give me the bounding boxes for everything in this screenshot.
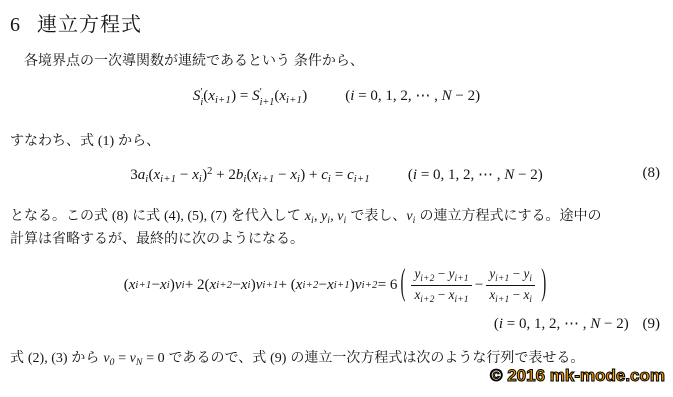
math-rm: + 2( [185, 277, 210, 294]
math-sub: i+1 [135, 280, 151, 291]
math-rm: − 2) [600, 316, 628, 332]
math-rm: = 0, 1, 2, ⋯ , [503, 316, 590, 332]
section-number: 6 [10, 14, 20, 36]
math-var: c [321, 167, 328, 183]
math-jp: の連立方程式にする。途中の [416, 207, 602, 223]
math-var: x [208, 88, 215, 104]
math-sub: i+2 [420, 293, 434, 303]
math-rm: − [510, 266, 524, 281]
math-rm: , [314, 209, 321, 224]
math-rm: − [319, 277, 327, 294]
math-var: S [252, 88, 260, 104]
math-var: x [129, 277, 136, 294]
math-var: x [160, 277, 167, 294]
paragraph-substitution-line2: 計算は省略するが、最終的に次のようになる。 [10, 228, 304, 248]
math-frac: yi+1 − yixi+1 − xi [486, 266, 535, 305]
paragraph-substitution-line1: となる。この式 (8) に式 (4), (5), (7) を代入して xi, y… [10, 205, 602, 226]
math-rm: − [475, 277, 483, 294]
math-rm: − 2) [514, 167, 542, 183]
copyright-watermark: © 2016 mk-mode.com [490, 366, 665, 386]
math-sub: i [529, 272, 532, 282]
document-page: 6連立方程式 各境界点の一次導関数が連続であるという 条件から、 S′i(xi+… [0, 0, 673, 397]
math-sub: i+1 [258, 174, 274, 185]
math-sub: i+1 [160, 174, 176, 185]
paragraph-matrix-conclusion: 式 (2), (3) から v0 = vN = 0 であるので、式 (9) の連… [10, 347, 584, 368]
equation-9-number: (9) [643, 316, 661, 332]
math-rm: ) = [231, 88, 252, 104]
math-rm: 3 [130, 167, 138, 183]
math-jp: すなわち、式 [10, 132, 98, 148]
math-jp: となる。この式 [10, 207, 112, 223]
math-rm: = 0 [143, 351, 165, 366]
math-var: N [504, 167, 514, 183]
math-sub: i+1 [215, 95, 231, 106]
math-sub: i+1 [262, 280, 278, 291]
math-jp: 計算は省略するが、最終的に次のようになる。 [10, 230, 304, 246]
math-rm: − [176, 167, 192, 183]
equation-8-number: (8) [643, 165, 661, 182]
math-sub: i+1 [455, 272, 469, 282]
math-supsub: ′i+1 [260, 88, 275, 108]
math-var: N [590, 316, 600, 332]
math-rm: = 0, 1, 2, ⋯ , [417, 167, 504, 183]
math-jp: に式 [128, 207, 164, 223]
section-heading: 6連立方程式 [10, 8, 142, 37]
math-sub: i+1 [354, 174, 370, 185]
equation-9-condition: (i = 0, 1, 2, ⋯ , N − 2) [494, 316, 629, 332]
math-rm: − [435, 266, 449, 281]
math-rm: − [510, 287, 524, 302]
math-rm: (9) [270, 351, 286, 366]
math-sub: i+2 [302, 280, 318, 291]
paragraph-namely: すなわち、式 (1) から、 [10, 130, 160, 150]
math-rm: − [274, 167, 290, 183]
math-sub: i+2 [362, 280, 378, 291]
math-jp: で表し、 [347, 207, 407, 223]
math-jp: から、 [114, 132, 160, 148]
math-sub: i+1 [455, 293, 469, 303]
math-bigp: ) [541, 264, 546, 306]
math-var: x [296, 277, 303, 294]
math-bigp: ( [400, 264, 405, 306]
math-rm: = [331, 167, 347, 183]
math-jp: を代入して [227, 207, 305, 223]
math-frac: yi+2 − yi+1xi+2 − xi+1 [411, 266, 471, 305]
math-sub: i [529, 293, 532, 303]
math-rm: − [232, 277, 240, 294]
math-rm: (1) [98, 134, 114, 149]
math-var: x [241, 277, 248, 294]
math-rm: − [435, 287, 449, 302]
math-rm: ) + [300, 167, 321, 183]
math-jp: であるので、式 [165, 349, 271, 365]
math-var: c [347, 167, 354, 183]
equation-derivative-continuity: S′i(xi+1) = S′i+1(xi+1)(i = 0, 1, 2, ⋯ ,… [0, 86, 673, 108]
math-jp: 各境界点の一次導関数が連続であるという 条件から、 [24, 52, 364, 68]
math-rm: = 0, 1, 2, ⋯ , [354, 88, 441, 104]
paragraph-boundary-condition: 各境界点の一次導関数が連続であるという 条件から、 [24, 50, 364, 70]
math-sub: i+1 [286, 95, 302, 106]
math-sub: N [136, 357, 143, 368]
math-sub: i+2 [420, 272, 434, 282]
math-jp: の連立一次方程式は次のような行列で表せる。 [286, 349, 584, 365]
math-sub: i+1 [334, 280, 350, 291]
math-rm: + ( [279, 277, 296, 294]
math-sub: i+1 [495, 293, 509, 303]
math-rm: = [115, 351, 130, 366]
math-var: v [355, 277, 362, 294]
math-rm: ) [302, 88, 307, 104]
math-rm: (8) [112, 209, 128, 224]
math-jp: から [68, 349, 104, 365]
math-var: S [193, 88, 201, 104]
equation-9-main: (xi+1 − xi)vi + 2(xi+2 − xi)vi+1 + (xi+2… [0, 256, 673, 314]
math-var: v [175, 277, 182, 294]
math-var: x [327, 277, 334, 294]
math-var: N [442, 88, 452, 104]
math-var: x [192, 167, 199, 183]
math-rm: (4), (5), (7) [164, 209, 227, 224]
math-jp: 式 [10, 349, 28, 365]
math-rm: = 6 [378, 277, 398, 294]
math-rm: (2), (3) [28, 351, 68, 366]
equation-8: 3ai(xi+1 − xi)2 + 2bi(xi+1 − xi) + ci = … [0, 165, 673, 185]
math-var: x [210, 277, 217, 294]
equation-8-body: 3ai(xi+1 − xi)2 + 2bi(xi+1 − xi) + ci = … [130, 167, 543, 183]
math-sub: i+2 [216, 280, 232, 291]
equation-9-condition-row: (i = 0, 1, 2, ⋯ , N − 2) (9) [494, 314, 660, 333]
math-rm: + 2 [212, 167, 235, 183]
math-sub: i+1 [495, 272, 509, 282]
math-rm: − [152, 277, 160, 294]
math-var: v [256, 277, 263, 294]
math-rm: − 2) [452, 88, 480, 104]
section-title-text: 連立方程式 [37, 14, 142, 36]
